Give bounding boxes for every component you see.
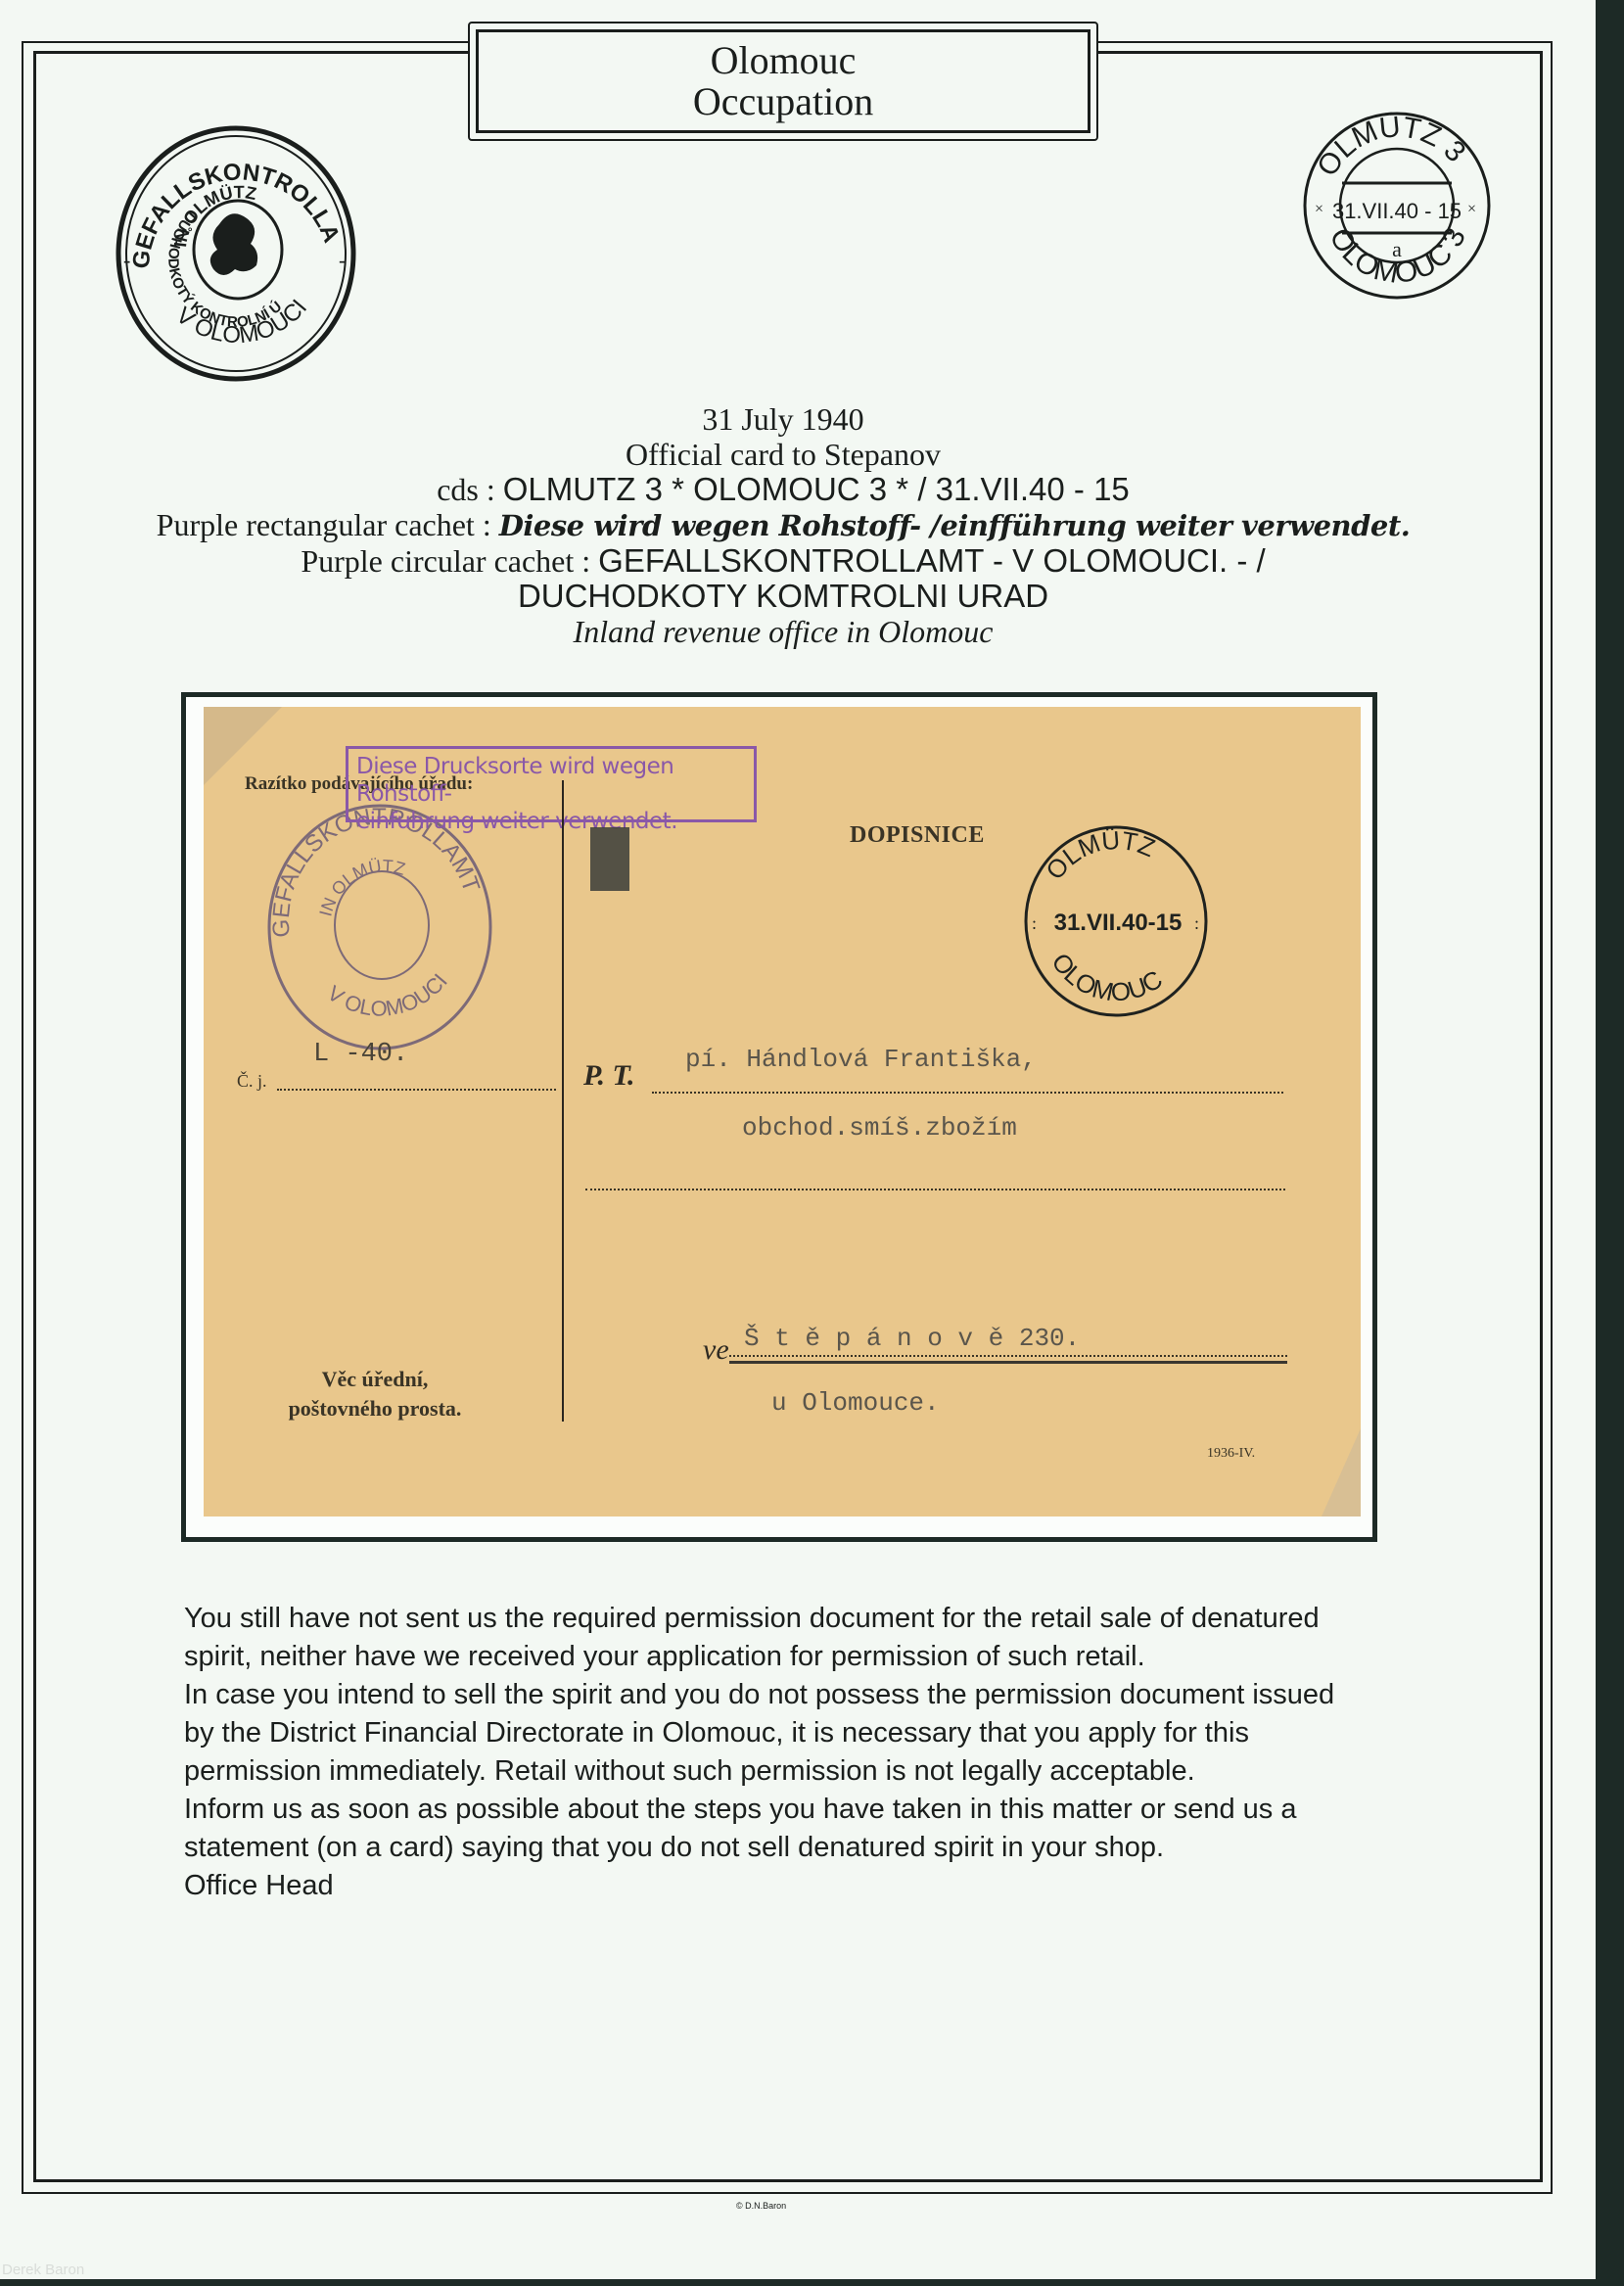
item-subject: Official card to Stepanov bbox=[98, 437, 1468, 472]
svg-text:-: - bbox=[123, 248, 130, 272]
circ-cachet-line-2: DUCHODKOTY KOMTROLNI URAD bbox=[98, 579, 1468, 614]
postcard: GEFALLSKONTROLLAMT IN OLMÜTZ V OLOMOUCI … bbox=[204, 707, 1361, 1516]
address-dotted-line-1 bbox=[652, 1092, 1283, 1094]
item-date: 31 July 1940 bbox=[98, 401, 1468, 437]
page-title: Olomouc bbox=[711, 40, 857, 81]
page-title-box: Olomouc Occupation bbox=[468, 22, 1098, 141]
page-subtitle: Occupation bbox=[693, 81, 873, 122]
card-divider bbox=[562, 780, 564, 1422]
photo-corner-bottom-right bbox=[1322, 1428, 1361, 1516]
scan-edge-right bbox=[1596, 0, 1624, 2286]
reference-label: Č. j. bbox=[237, 1071, 267, 1092]
copyright-notice: © D.N.Baron bbox=[736, 2201, 786, 2211]
revenue-office-stamp-icon: GEFALLSKONTROLLAMT IN OLMÜTZ DŮCHODKOTÝ … bbox=[110, 122, 362, 385]
town-underline bbox=[729, 1361, 1287, 1364]
addressee-town: Š t ě p á n o v ě 230. bbox=[744, 1324, 1080, 1353]
addressee-locality: u Olomouce. bbox=[771, 1388, 940, 1418]
violet-circular-cachet-icon: GEFALLSKONTROLLAMT IN OLMÜTZ V OLOMOUCI bbox=[262, 800, 497, 1054]
svg-text:IN OLMÜTZ: IN OLMÜTZ bbox=[315, 856, 407, 918]
card-translation: You still have not sent us the required … bbox=[184, 1600, 1369, 1905]
scan-edge-bottom bbox=[0, 2279, 1624, 2286]
cds-line: cds : OLMUTZ 3 * OLOMOUC 3 * / 31.VII.40… bbox=[98, 472, 1468, 507]
svg-text::: : bbox=[1194, 913, 1199, 933]
svg-text:OLMÜTZ 3: OLMÜTZ 3 bbox=[1311, 111, 1471, 182]
official-franking-note: Věc úřední, poštovného prosta. bbox=[213, 1365, 536, 1423]
addressee-name: pí. Hándlová Františka, bbox=[685, 1045, 1037, 1074]
cachet-translation: Inland revenue office in Olomouc bbox=[98, 614, 1468, 649]
printed-stamp-icon bbox=[590, 827, 629, 891]
rect-cachet-line: Purple rectangular cachet : Diese wird w… bbox=[98, 507, 1468, 543]
svg-text:31.VII.40 - 15: 31.VII.40 - 15 bbox=[1332, 199, 1462, 223]
reference-number: L -40. bbox=[313, 1040, 408, 1069]
addressee-prefix: P. T. bbox=[583, 1059, 635, 1093]
item-description: 31 July 1940 Official card to Stepanov c… bbox=[98, 401, 1468, 649]
circ-cachet-line: Purple circular cachet : GEFALLSKONTROLL… bbox=[98, 543, 1468, 579]
address-dotted-line-2 bbox=[585, 1189, 1285, 1190]
purple-rectangular-cachet: Diese Drucksorte wird wegen Rohstoff- ei… bbox=[346, 746, 757, 822]
town-prefix: ve bbox=[703, 1333, 729, 1367]
svg-text::: : bbox=[1032, 913, 1037, 933]
form-code: 1936-IV. bbox=[1207, 1446, 1255, 1462]
svg-text:31.VII.40-15: 31.VII.40-15 bbox=[1054, 910, 1183, 936]
translation-paragraph-3: Inform us as soon as possible about the … bbox=[184, 1791, 1369, 1867]
svg-text:×: × bbox=[1467, 201, 1476, 217]
postmark-stamp-icon: OLMÜTZ 3 OLOMOUC 3 31.VII.40 - 15 a × × bbox=[1299, 108, 1495, 303]
svg-text:-: - bbox=[339, 248, 346, 272]
card-postmark-icon: OLMÜTZ 31.VII.40-15 OLOMOUC : : bbox=[1016, 819, 1217, 1020]
translation-paragraph-2: In case you intend to sell the spirit an… bbox=[184, 1676, 1369, 1791]
card-heading: DOPISNICE bbox=[850, 822, 985, 849]
address-dotted-line-3 bbox=[729, 1355, 1287, 1357]
svg-text:a: a bbox=[1392, 237, 1402, 261]
svg-text:V OLOMOUCI: V OLOMOUCI bbox=[323, 969, 452, 1021]
svg-text:×: × bbox=[1315, 201, 1323, 217]
translation-paragraph-1: You still have not sent us the required … bbox=[184, 1600, 1369, 1676]
watermark: Derek Baron bbox=[2, 2262, 84, 2278]
translation-signature: Office Head bbox=[184, 1867, 1369, 1905]
reference-dotted-line bbox=[277, 1089, 556, 1091]
svg-text:OLMÜTZ: OLMÜTZ bbox=[1040, 825, 1159, 885]
addressee-business: obchod.smíš.zbožím bbox=[742, 1113, 1017, 1143]
